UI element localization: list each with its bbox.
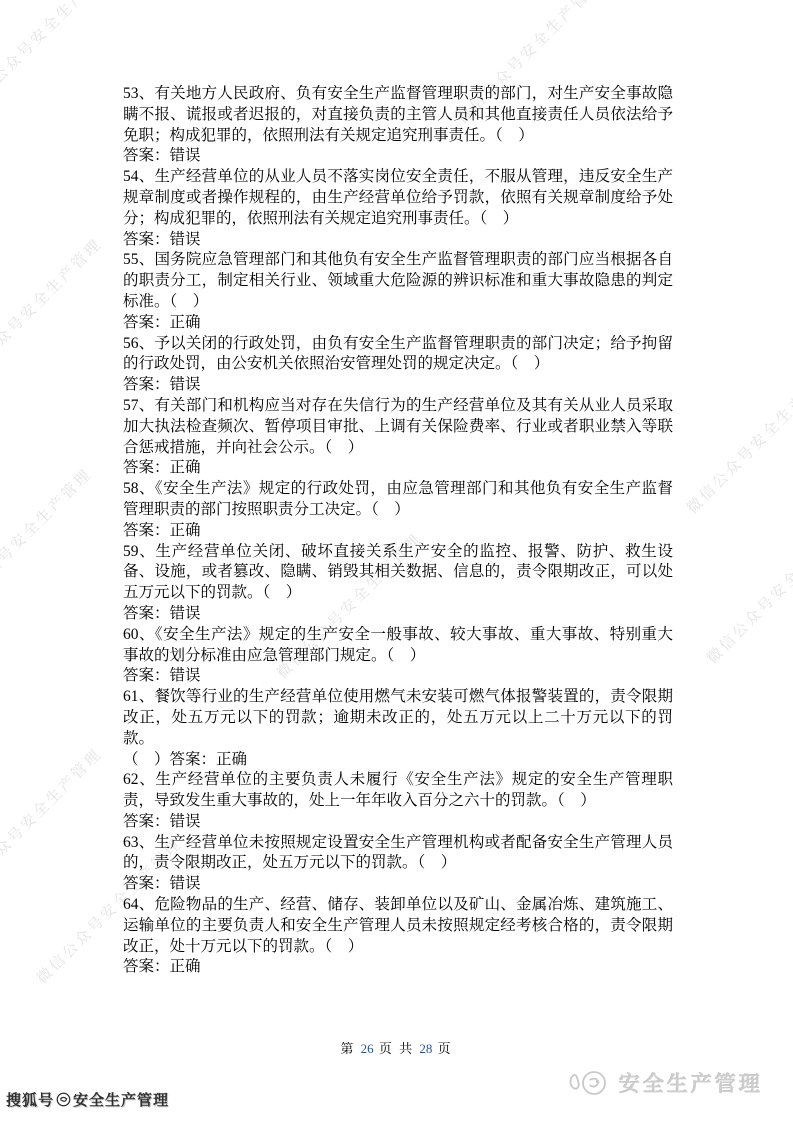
answer-text: 答案：正确 xyxy=(123,313,673,334)
sohu-account-prefix: 搜狐号 xyxy=(6,1089,54,1110)
question-item: 55、国务院应急管理部门和其他负有安全生产监督管理职责的部门应当根据各自的职责分… xyxy=(123,250,673,333)
brand-logo: 安全生产管理 xyxy=(567,1068,763,1098)
question-item: 61、餐饮等行业的生产经营单位使用燃气未安装可燃气体报警装置的，责令限期改正，处… xyxy=(123,687,673,770)
question-item: 60、《安全生产法》规定的生产安全一般事故、较大事故、重大事故、特别重大事故的划… xyxy=(123,625,673,687)
sohu-account-name: 安全生产管理 xyxy=(73,1089,169,1110)
answer-text: 答案：错误 xyxy=(123,874,673,895)
page-footer: 第 26 页 共 28 页 xyxy=(0,1038,793,1057)
page-number-suffix: 页 xyxy=(438,1041,453,1056)
diagonal-watermark: 微信公众号安全生产管理 xyxy=(682,363,793,518)
question-text: 60、《安全生产法》规定的生产安全一般事故、较大事故、重大事故、特别重大事故的划… xyxy=(123,625,673,667)
brand-name: 安全生产管理 xyxy=(619,1068,763,1098)
sohu-account-watermark: 搜狐号 安全生产管理 xyxy=(6,1089,169,1110)
current-page-number: 26 xyxy=(361,1041,374,1056)
question-text: 57、有关部门和机构应当对存在失信行为的生产经营单位及其有关从业人员采取加大执法… xyxy=(123,396,673,458)
answer-text: 答案：错误 xyxy=(123,666,673,687)
answer-text: 答案：正确 xyxy=(123,521,673,542)
question-item: 57、有关部门和机构应当对存在失信行为的生产经营单位及其有关从业人员采取加大执法… xyxy=(123,396,673,479)
question-text: 55、国务院应急管理部门和其他负有安全生产监督管理职责的部门应当根据各自的职责分… xyxy=(123,250,673,312)
document-page: 微信公众号安全生产管理 微信公众号安全生产管理 微信公众号安全生产管理 微信公众… xyxy=(0,0,793,1122)
question-text: 63、生产经营单位未按照规定设置安全生产管理机构或者配备安全生产管理人员的，责令… xyxy=(123,833,673,875)
question-text: 61、餐饮等行业的生产经营单位使用燃气未安装可燃气体报警装置的，责令限期改正，处… xyxy=(123,687,673,749)
question-text: 64、危险物品的生产、经营、储存、装卸单位以及矿山、金属冶炼、建筑施工、运输单位… xyxy=(123,895,673,957)
question-item: 62、生产经营单位的主要负责人未履行《安全生产法》规定的安全生产管理职责，导致发… xyxy=(123,770,673,832)
sohu-fox-icon xyxy=(567,1068,611,1098)
questions-list: 53、有关地方人民政府、负有安全生产监督管理职责的部门，对生产安全事故隐瞒不报、… xyxy=(123,84,673,978)
sohu-fox-badge-icon xyxy=(56,1092,71,1107)
question-text: 54、生产经营单位的从业人员不落实岗位安全责任，不服从管理，违反安全生产规章制度… xyxy=(123,167,673,229)
question-item: 54、生产经营单位的从业人员不落实岗位安全责任，不服从管理，违反安全生产规章制度… xyxy=(123,167,673,250)
diagonal-watermark: 微信公众号安全生产管理 xyxy=(0,463,96,618)
answer-text: 答案：错误 xyxy=(123,812,673,833)
question-item: 64、危险物品的生产、经营、储存、装卸单位以及矿山、金属冶炼、建筑施工、运输单位… xyxy=(123,895,673,978)
answer-text: 答案：正确 xyxy=(123,957,673,978)
diagonal-watermark: 微信公众号安全生产管理 xyxy=(0,743,106,898)
page-number-prefix: 第 xyxy=(340,1041,355,1056)
question-text: 53、有关地方人民政府、负有安全生产监督管理职责的部门，对生产安全事故隐瞒不报、… xyxy=(123,84,673,146)
question-item: 53、有关地方人民政府、负有安全生产监督管理职责的部门，对生产安全事故隐瞒不报、… xyxy=(123,84,673,167)
answer-text: （ ）答案：正确 xyxy=(123,750,673,771)
answer-text: 答案：正确 xyxy=(123,458,673,479)
question-item: 59、生产经营单位关闭、破坏直接关系生产安全的监控、报警、防护、救生设备、设施，… xyxy=(123,542,673,625)
page-number-middle: 页 共 xyxy=(379,1041,414,1056)
answer-text: 答案：错误 xyxy=(123,146,673,167)
answer-text: 答案：错误 xyxy=(123,375,673,396)
answer-text: 答案：错误 xyxy=(123,230,673,251)
question-text: 62、生产经营单位的主要负责人未履行《安全生产法》规定的安全生产管理职责，导致发… xyxy=(123,770,673,812)
question-text: 59、生产经营单位关闭、破坏直接关系生产安全的监控、报警、防护、救生设备、设施，… xyxy=(123,542,673,604)
question-text: 58、《安全生产法》规定的行政处罚，由应急管理部门和其他负有安全生产监督管理职责… xyxy=(123,479,673,521)
diagonal-watermark: 微信公众号安全生产管理 xyxy=(0,233,106,388)
question-text: 56、予以关闭的行政处罚，由负有安全生产监督管理职责的部门决定；给予拘留的行政处… xyxy=(123,334,673,376)
answer-text: 答案：错误 xyxy=(123,604,673,625)
question-item: 63、生产经营单位未按照规定设置安全生产管理机构或者配备安全生产管理人员的，责令… xyxy=(123,833,673,895)
diagonal-watermark: 微信公众号安全生产管理 xyxy=(702,513,793,668)
total-page-number: 28 xyxy=(419,1041,432,1056)
question-item: 56、予以关闭的行政处罚，由负有安全生产监督管理职责的部门决定；给予拘留的行政处… xyxy=(123,334,673,396)
diagonal-watermark: 微信公众号安全生产管理 xyxy=(0,0,116,113)
question-item: 58、《安全生产法》规定的行政处罚，由应急管理部门和其他负有安全生产监督管理职责… xyxy=(123,479,673,541)
